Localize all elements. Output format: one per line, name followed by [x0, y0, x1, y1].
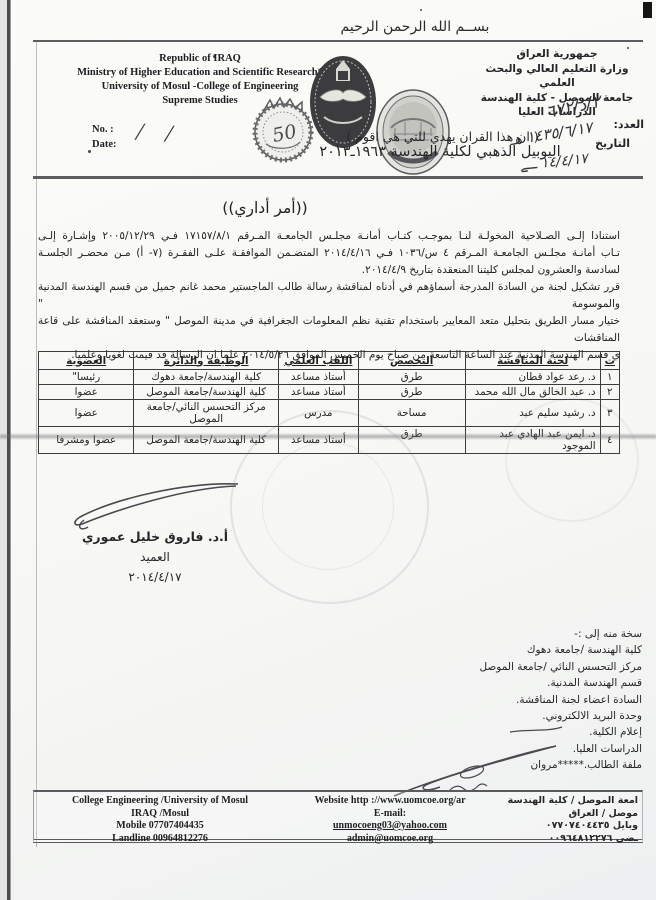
jubilee-50-logo: 50 [250, 94, 316, 166]
handwritten-check-tail [508, 723, 564, 735]
order-line: استنادا إلـى الصـلاحية المخولـة لنـا بمو… [38, 228, 620, 245]
cell-num: ٢ [600, 385, 619, 400]
footer-country-line: IRAQ /Mosul [34, 808, 286, 821]
distribution-title: سخة منه إلى :- [360, 626, 642, 642]
quran-quote: ( ان هذا القران يهدي للتي هي اقوم ) [320, 129, 565, 144]
number-label: العدد: [584, 118, 644, 131]
table-row: ١ د. رعد عواد قطان طرق أستاذ مساعد كلية … [39, 370, 620, 385]
corner-scan-mark [643, 2, 652, 18]
cell-committee: د. رعد عواد قطان [465, 370, 600, 385]
order-title: ((أمر أداري)) [150, 199, 380, 217]
order-body-paragraph: استنادا إلـى الصـلاحية المخولـة لنـا بمو… [38, 228, 620, 364]
cell-committee: د. عبد الخالق مال الله محمد [465, 385, 600, 400]
footer-college-line: College Engineering /University of Mosul [34, 795, 286, 808]
header-bottom-rule [33, 176, 643, 179]
ink-speck [420, 9, 422, 11]
scan-background-strip [0, 0, 7, 900]
cell-position: كلية الهندسة/جامعة الموصل [134, 385, 279, 400]
date-label-ar: التاريخ [570, 137, 630, 150]
footer-city-ar: موصل / العراق [498, 808, 638, 821]
col-position: الوظيفة والدائرة [134, 352, 279, 370]
footer-email-1: unmocoeng03@yahoo.com [286, 820, 494, 833]
col-membership: العضوية [39, 352, 134, 370]
distribution-item: قسم الهندسة المدنية. [360, 675, 642, 691]
scanned-letter-page: بســم الله الرحمن الرحيم Republic of IRA… [0, 0, 656, 900]
cell-num: ١ [600, 370, 619, 385]
order-line: لسادسة والعشرون لمجلس كليتنا المنعقدة بت… [38, 262, 620, 279]
col-degree: اللقب العلمي [279, 352, 358, 370]
footer-english-block: College Engineering /University of Mosul… [34, 795, 286, 845]
scan-edge-shadow [10, 0, 11, 900]
distribution-item: وحدة البريد الالكتروني. [360, 708, 642, 724]
dean-name: أ.د. فاروق خليل عموري [66, 529, 244, 544]
distribution-item: كلية الهندسة /جامعة دهوك [360, 642, 642, 658]
footer-email-label: E-mail: [286, 808, 494, 821]
col-specialty: التخصص [358, 352, 465, 370]
table-row: ٢ د. عبد الخالق مال الله محمد طرق أستاذ … [39, 385, 620, 400]
dean-signature-stroke [64, 476, 249, 536]
cell-membership: عضوا ومشرفا [39, 427, 134, 454]
footer-website: Website http ://www.uomcoe.org/ar [286, 795, 494, 808]
country-en: Republic of IRAQ [52, 52, 348, 66]
faint-round-stamp-secondary [505, 398, 639, 522]
footer-contact-box: College Engineering /University of Mosul… [33, 790, 643, 843]
cell-membership: عضوا [39, 400, 134, 427]
table-header-row: ت لجنة المناقشة التخصص اللقب العلمي الوظ… [39, 352, 620, 370]
ink-speck [88, 150, 91, 153]
order-line: قرر تشكيل لجنة من السادة المدرجة أسماؤهم… [38, 279, 620, 313]
ministry-en: Ministry of Higher Education and Scienti… [52, 66, 348, 80]
footer-mobile-ar: وبايل ٠٧٧٠٧٤٠٤٤٣٥ [498, 820, 638, 833]
cell-specialty: طرق [358, 370, 465, 385]
cell-specialty: طرق [358, 385, 465, 400]
col-num: ت [600, 352, 619, 370]
handwritten-date-slashes: / / [135, 118, 181, 149]
cell-membership: عضوا [39, 385, 134, 400]
col-committee: لجنة المناقشة [465, 352, 600, 370]
cell-degree: أستاذ مساعد [279, 385, 358, 400]
ministry-ar: وزارة التعليم العالي والبحث العلمي [468, 62, 646, 91]
footer-web-block: Website http ://www.uomcoe.org/ar E-mail… [286, 795, 494, 845]
distribution-item: مركز التحسس النائي /جامعة الموصل [360, 659, 642, 675]
golden-jubilee-line: اليوبيل الذهبي لكلية الهندسة ١٩٦٣ـ٢٠١٣ [310, 144, 570, 160]
university-en: University of Mosul -College of Engineer… [52, 80, 348, 94]
distribution-item: السادة اعضاء لجنة المناقشة. [360, 692, 642, 708]
footer-mobile: Mobile 07707404435 [34, 820, 286, 833]
header-top-rule [33, 40, 643, 42]
footer-landline-ar: ـضي ٠٠٩٦٤٨١٢٢٧٦ [498, 833, 638, 846]
country-ar: جمهورية العراق [468, 47, 646, 62]
cell-membership: رئيسا" [39, 370, 134, 385]
footer-email-2: admin@uomcoe.org [286, 833, 494, 846]
cell-position: كلية الهندسة/جامعة دهوك [134, 370, 279, 385]
letterhead-left-frame-line [36, 41, 37, 847]
distribution-item: إعلام الكلية. [360, 724, 642, 740]
basmala-text: بســم الله الرحمن الرحيم [300, 19, 530, 35]
footer-university-ar: امعة الموصل / كلية الهندسة [498, 795, 638, 808]
footer-arabic-block: امعة الموصل / كلية الهندسة موصل / العراق… [494, 795, 638, 845]
cell-degree: أستاذ مساعد [279, 370, 358, 385]
dean-title: العميد [66, 550, 244, 564]
cell-position: مركز التحسس النائي/جامعة الموصل [134, 400, 279, 427]
order-line: ختيار مسار الطريق بتحليل متعد المعايير ب… [38, 313, 620, 347]
faint-round-stamp-inner [262, 442, 394, 570]
order-line: تـاب أمانـة مجلـس الجامعـة المـرقم ٤ س/١… [38, 245, 620, 262]
footer-landline: Landline 00964812276 [34, 833, 286, 846]
signature-date: ٢٠١٤/٤/١٧ [66, 570, 244, 584]
